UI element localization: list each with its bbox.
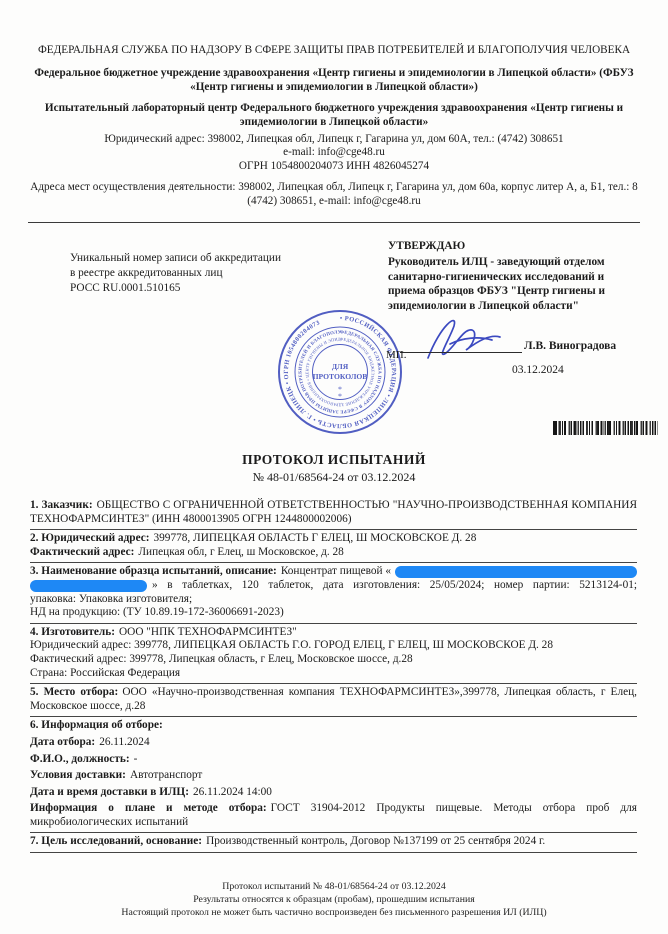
footer-copy-note: Настоящий протокол не может быть частичн… [0,906,668,919]
approval-title: УТВЕРЖДАЮ [388,239,640,254]
legal-address-label: 2. Юридический адрес: [30,532,150,544]
accreditation-block: Уникальный номер записи об аккредитации … [70,251,320,296]
section-legal-address: 2. Юридический адрес:399778, ЛИПЕЦКАЯ ОБ… [30,530,637,563]
footer-results-note: Результаты относятся к образцам (пробам)… [0,893,668,906]
delivery-datetime-label: Дата и время доставки в ИЛЦ: [30,786,189,798]
page-footer: Протокол испытаний № 48-01/68564-24 от 0… [0,880,668,920]
manufacturer-row: 4. Изготовитель:ООО "НПК ТЕХНОФАРМСИНТЕЗ… [30,626,637,640]
footer-protocol-number: Протокол испытаний № 48-01/68564-24 от 0… [0,880,668,893]
customer-label: 1. Заказчик: [30,499,93,511]
legal-address-line: Юридический адрес: 398002, Липецкая обл,… [24,133,644,146]
sample-text-after: » в таблетках, 120 таблеток, дата изгото… [152,579,637,593]
protocol-document-page: ФЕДЕРАЛЬНАЯ СЛУЖБА ПО НАДЗОРУ В СФЕРЕ ЗА… [0,0,668,934]
sampling-fio-row: Ф.И.О., должность:- [30,753,637,767]
sampling-fio-value: - [134,753,138,765]
legal-address-row: 2. Юридический адрес:399778, ЛИПЕЦКАЯ ОБ… [30,532,637,546]
sample-text-before: Концентрат пищевой « [281,565,391,579]
delivery-datetime-row: Дата и время доставки в ИЛЦ:26.11.2024 1… [30,786,637,800]
delivery-datetime-value: 26.11.2024 14:00 [193,786,272,798]
sample-label: 3. Наименование образца испытаний, описа… [30,565,277,579]
sampling-date-row: Дата отбора:26.11.2024 [30,736,637,750]
federal-service-name: ФЕДЕРАЛЬНАЯ СЛУЖБА ПО НАДЗОРУ В СФЕРЕ ЗА… [24,44,644,58]
section-sampling-place: 5. Место отбора:ООО «Научно-производстве… [30,684,637,717]
delivery-conditions-label: Условия доставки: [30,769,126,781]
delivery-conditions-value: Автотранспорт [130,769,202,781]
protocol-number-line: № 48-01/68564-24 от 03.12.2024 [0,470,668,485]
header-divider [28,222,640,223]
sampling-method-label: Информация о плане и методе отбора: [30,802,267,814]
sample-packaging: упаковка: Упаковка изготовителя; [30,593,637,607]
actual-address-row: Фактический адрес:Липецкая обл, г Елец, … [30,546,637,560]
sampling-info-header: 6. Информация об отборе: [30,719,637,733]
purpose-value: Производственный контроль, Договор №1371… [206,835,545,847]
sampling-fio-label: Ф.И.О., должность: [30,753,130,765]
sampling-date-value: 26.11.2024 [99,736,149,748]
stamp-center-line1: ДЛЯ [332,362,349,371]
delivery-conditions-row: Условия доставки:Автотранспорт [30,769,637,783]
sample-desc-row: » в таблетках, 120 таблеток, дата изгото… [30,579,637,593]
stamp-place-note: МП. [386,349,406,361]
actual-address-value: Липецкая обл, г Елец, ш Московское, д. 2… [138,546,343,558]
redaction-bar-2 [30,580,147,592]
purpose-label: 7. Цель исследований, основание: [30,835,202,847]
handwritten-signature [420,310,530,368]
sample-name-row: 3. Наименование образца испытаний, описа… [30,565,637,579]
lab-center-name: Испытательный лабораторный центр Федерал… [24,102,644,130]
manufacturer-country: Страна: Российская Федерация [30,667,637,681]
section-purpose: 7. Цель исследований, основание:Производ… [30,833,637,853]
accreditation-line1: Уникальный номер записи об аккредитации [70,251,320,266]
sampling-place-label: 5. Место отбора: [30,686,118,698]
customer-value: ОБЩЕСТВО С ОГРАНИЧЕННОЙ ОТВЕТСТВЕННОСТЬЮ… [30,499,637,525]
sampling-method-row: Информация о плане и методе отбора:ГОСТ … [30,802,637,829]
section-manufacturer: 4. Изготовитель:ООО "НПК ТЕХНОФАРМСИНТЕЗ… [30,624,637,684]
actual-address-label: Фактический адрес: [30,546,134,558]
sample-nd-doc: НД на продукцию: (ТУ 10.89.19-172-360066… [30,606,637,620]
ogrn-inn-line: ОГРН 1054800204073 ИНН 4826045274 [24,160,644,173]
protocol-title: ПРОТОКОЛ ИСПЫТАНИЙ [0,452,668,468]
section-customer: 1. Заказчик:ОБЩЕСТВО С ОГРАНИЧЕННОЙ ОТВЕ… [30,497,637,530]
organization-name: Федеральное бюджетное учреждение здравоо… [24,67,644,95]
signer-name: Л.В. Виноградова [524,340,616,352]
sampling-place-value: ООО «Научно-производственная компания ТЕ… [30,686,637,712]
manufacturer-actual-address: Фактический адрес: 399778, Липецкая обла… [30,653,637,667]
redaction-bar-1 [395,566,637,578]
stamp-center-line2: ПРОТОКОЛОВ [313,372,368,381]
manufacturer-legal-address: Юридический адрес: 399778, ЛИПЕЦКАЯ ОБЛА… [30,639,637,653]
activity-addresses-line: Адреса мест осуществления деятельности: … [24,181,644,208]
round-stamp-seal: • РОССИЙСКАЯ ФЕДЕРАЦИЯ • ЛИПЕЦКАЯ ОБЛАСТ… [270,302,410,442]
email-line: e-mail: info@cge48.ru [24,146,644,159]
manufacturer-label: 4. Изготовитель: [30,626,115,638]
legal-address-value: 399778, ЛИПЕЦКАЯ ОБЛАСТЬ Г ЕЛЕЦ, Ш МОСКО… [154,532,477,544]
letterhead: ФЕДЕРАЛЬНАЯ СЛУЖБА ПО НАДЗОРУ В СФЕРЕ ЗА… [24,44,644,208]
sections-table: 1. Заказчик:ОБЩЕСТВО С ОГРАНИЧЕННОЙ ОТВЕ… [30,497,637,853]
approval-block: УТВЕРЖДАЮ Руководитель ИЛЦ - заведующий … [388,239,640,314]
section-sampling-info: 6. Информация об отборе: Дата отбора:26.… [30,717,637,833]
manufacturer-value: ООО "НПК ТЕХНОФАРМСИНТЕЗ" [119,626,297,638]
approval-role-text: Руководитель ИЛЦ - заведующий отделом са… [388,255,640,314]
stamp-star2: * [338,392,342,401]
signature-line [400,352,522,353]
accreditation-line2: в реестре аккредитованных лиц [70,266,320,281]
barcode [553,421,658,435]
sampling-date-label: Дата отбора: [30,736,95,748]
section-sample: 3. Наименование образца испытаний, описа… [30,563,637,623]
accreditation-number: РОСС RU.0001.510165 [70,281,320,296]
